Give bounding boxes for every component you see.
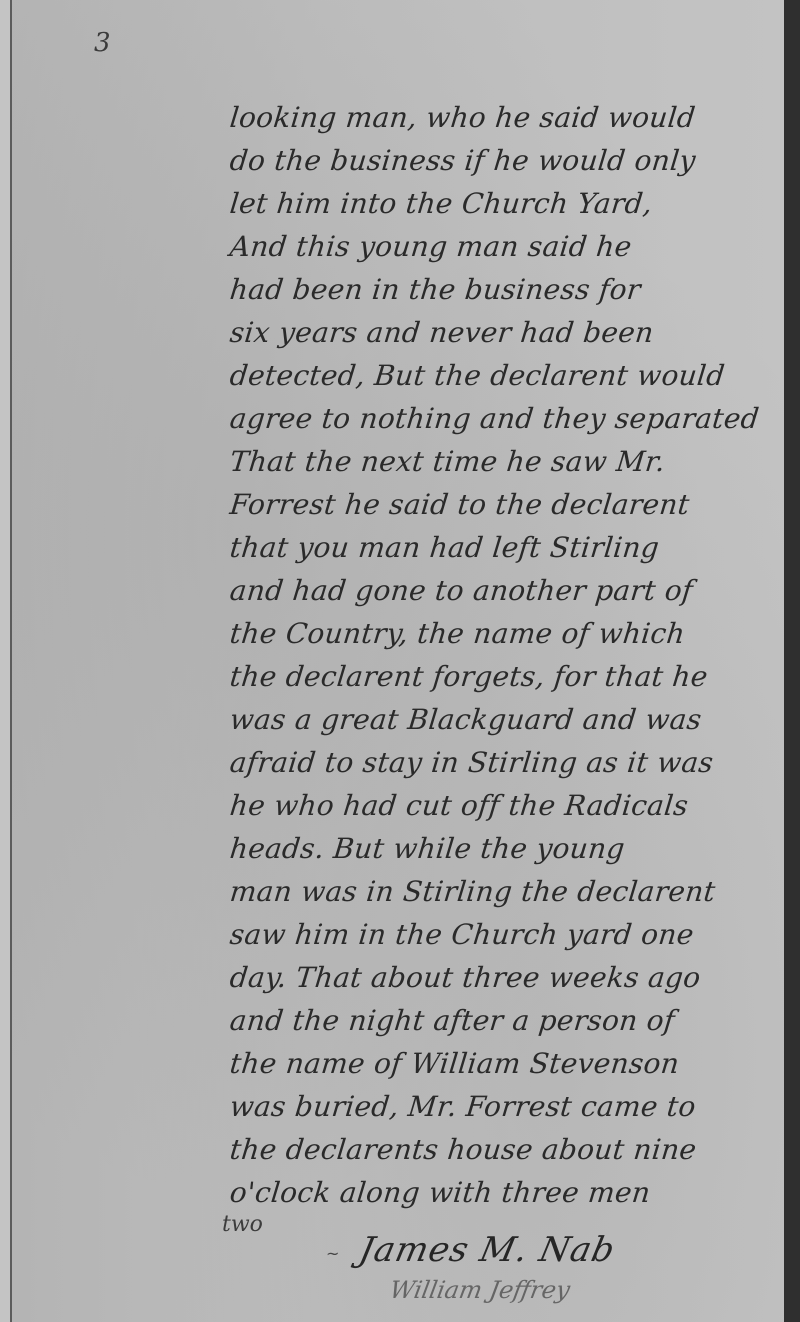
page-number: 3 (94, 28, 111, 58)
text-line: the name of William Stevenson (228, 1042, 793, 1085)
signature-william: William Jeffrey (388, 1276, 573, 1304)
text-line: That the next time he saw Mr. (228, 440, 793, 483)
text-line: was buried, Mr. Forrest came to (228, 1085, 793, 1128)
scan-right-edge (784, 0, 800, 1322)
text-line: heads. But while the young (228, 827, 793, 870)
text-line: afraid to stay in Stirling as it was (228, 741, 793, 784)
text-line: Forrest he said to the declarent (228, 483, 793, 526)
adjacent-page-edge (0, 0, 10, 1322)
signature-block: two ~ James M. Nab William Jeffrey (222, 1206, 782, 1322)
marginal-note: two (222, 1212, 263, 1237)
declaration-text: looking man, who he said would do the bu… (230, 96, 790, 1214)
signature-mark: ~ (326, 1244, 339, 1263)
text-line: and the night after a person of (228, 999, 793, 1042)
text-line: the Country, the name of which (228, 612, 793, 655)
text-line: detected, But the declarent would (228, 354, 793, 397)
text-line: saw him in the Church yard one (228, 913, 793, 956)
text-line: he who had cut off the Radicals (228, 784, 793, 827)
manuscript-page: 3 looking man, who he said would do the … (12, 0, 784, 1322)
text-line: do the business if he would only (228, 139, 793, 182)
text-line: looking man, who he said would (228, 96, 793, 139)
text-line: let him into the Church Yard, (228, 182, 793, 225)
text-line: that you man had left Stirling (228, 526, 793, 569)
text-line: day. That about three weeks ago (228, 956, 793, 999)
scanned-manuscript: 3 looking man, who he said would do the … (0, 0, 800, 1322)
text-line: had been in the business for (228, 268, 793, 311)
text-line: man was in Stirling the declarent (228, 870, 793, 913)
text-line: the declarent forgets, for that he (228, 655, 793, 698)
text-line: agree to nothing and they separated (228, 397, 793, 440)
text-line: six years and never had been (228, 311, 793, 354)
text-line: the declarents house about nine (228, 1128, 793, 1171)
signature-james: James M. Nab (356, 1230, 619, 1270)
text-line: And this young man said he (228, 225, 793, 268)
text-line: and had gone to another part of (228, 569, 793, 612)
text-line: was a great Blackguard and was (228, 698, 793, 741)
